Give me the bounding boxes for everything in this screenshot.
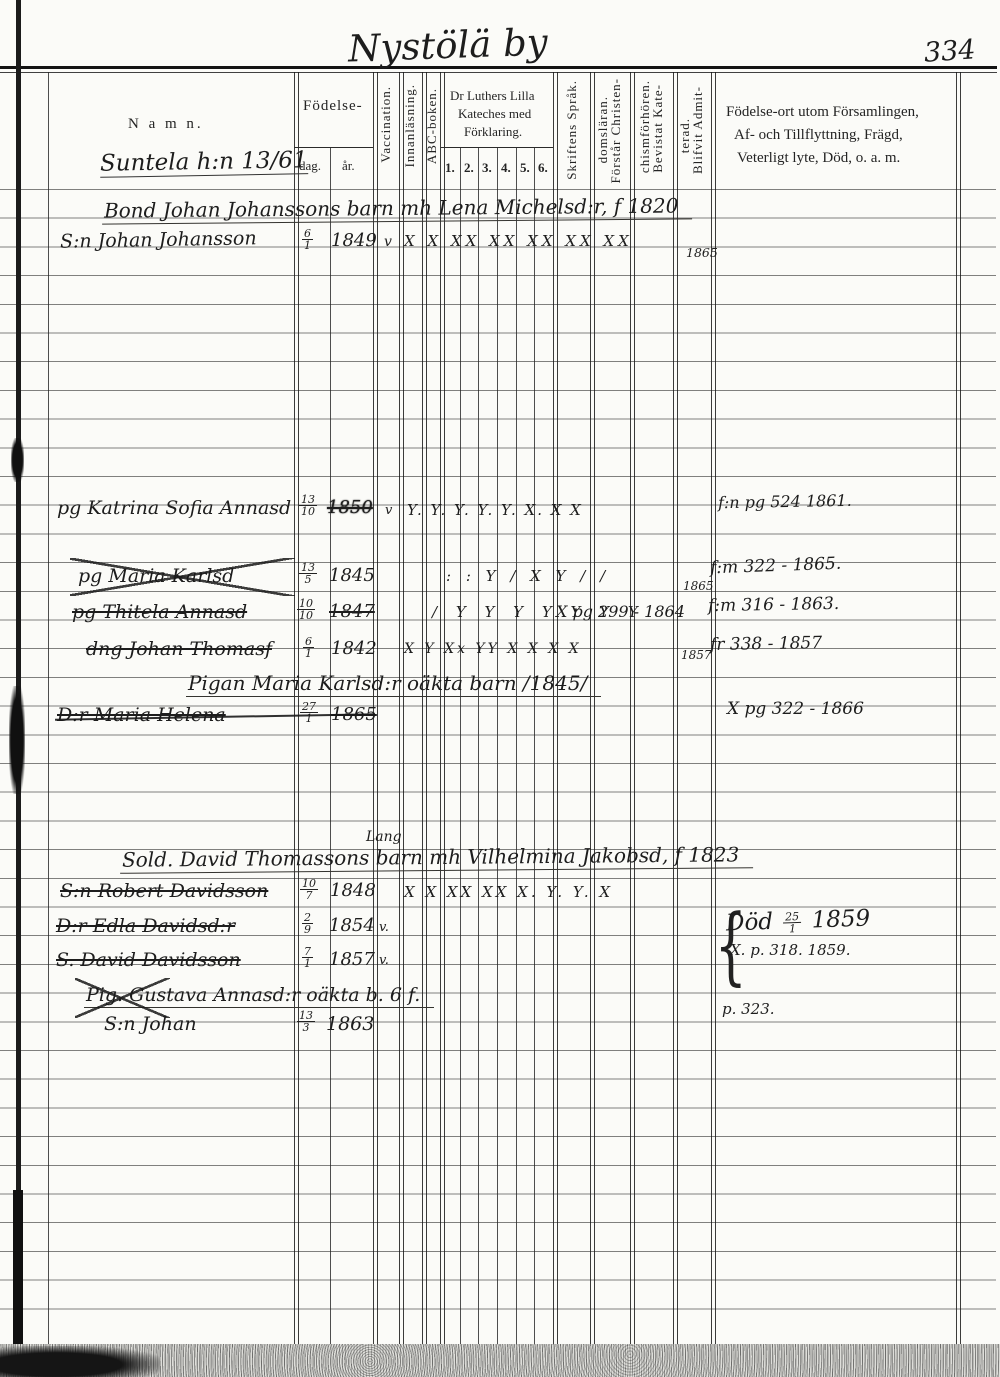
vaccination-mark: v [385, 503, 392, 518]
entry-name: S:n Johan [104, 1013, 197, 1035]
inline-note: X pg 299 - 1864 [556, 602, 685, 621]
page-title: Nystölä by [347, 21, 548, 71]
family-header-bond-johan: Bond Johan Johanssons barn mh Lena Miche… [102, 193, 693, 224]
header-innanlasning: Innanläsning. [402, 84, 418, 167]
header-forstar-line2: domsläran. [595, 96, 611, 163]
ink-blob [11, 438, 24, 482]
birth-date-fraction: 71 [302, 946, 313, 969]
col-divider-dag-ar [330, 148, 331, 1345]
entry-name: D:r Maria Helena [57, 704, 226, 726]
birth-date-fraction: 29 [302, 912, 313, 935]
table-left-border [48, 72, 49, 1345]
birth-year: 1850 [327, 497, 373, 518]
header-katekes-col-4: 4. [501, 160, 511, 176]
entry-name: S. David Davidsson [56, 949, 241, 971]
exam-marks: Y. Y. Y. Y. Y. X. X X [407, 501, 583, 519]
header-katekes-line1: Dr Luthers Lilla [450, 88, 534, 104]
birth-date-fraction: 1310 [299, 494, 317, 517]
col-divider-forstar [630, 72, 635, 1345]
birth-month: 5 [305, 574, 312, 585]
margin-note: X pg 322 - 1866 [727, 699, 864, 719]
birth-month: 1 [304, 958, 311, 969]
ruled-lines [0, 189, 996, 1311]
header-katekes-col-3: 3. [482, 160, 492, 176]
birth-month: 7 [306, 890, 313, 901]
katekes-subdivider-5 [534, 148, 535, 1345]
admitted-year: 1865 [686, 245, 718, 260]
family-header-sold-david: Sold. David Thomassons barn mh Vilhelmin… [120, 842, 753, 874]
header-fodelse: Födelse- [303, 98, 363, 115]
katekes-subdivider-2 [478, 148, 479, 1345]
header-ar: år. [342, 158, 355, 174]
header-katekes-line3: Förklaring. [464, 124, 522, 140]
death-date-fraction: 251 [783, 910, 802, 934]
page-number: 334 [923, 34, 977, 69]
death-note: Död 251 1859 [726, 905, 871, 936]
birth-date-fraction: 61 [302, 228, 313, 251]
top-rule-lower [0, 72, 997, 73]
exam-marks: X X XX XX X. Y. Y. X [404, 883, 613, 901]
scanned-church-record-page: Nystölä by 334 N a m n. Födelse- dag. år… [0, 0, 1000, 1377]
death-label: Död [726, 909, 774, 937]
header-bevistat-line2: chismförhören. [637, 80, 653, 173]
col-divider-sprak [590, 72, 595, 1345]
col-divider-katekes [553, 72, 558, 1345]
inserted-word: Lang [366, 829, 402, 845]
top-rule-upper [0, 66, 997, 69]
header-katekes-line2: Kateches med [458, 106, 531, 122]
col-divider-vaccination [399, 72, 404, 1345]
margin-note: fr 338 - 1857 [710, 633, 822, 655]
birth-year: 1845 [329, 565, 375, 586]
ink-blob [9, 686, 25, 794]
entry-name: S:n Robert Davidsson [60, 880, 268, 902]
entry-name: pg Thitela Annasd [72, 601, 247, 623]
birth-month: 10 [301, 506, 315, 517]
exam-marks: X Y Xx YY X X X X [404, 641, 582, 657]
katekes-subdivider-3 [497, 148, 498, 1345]
col-divider-abc [440, 72, 445, 1345]
entry-name: pg Katrina Sofia Annasd [57, 497, 291, 519]
birth-year: 1849 [331, 230, 377, 251]
birth-date-fraction: 135 [299, 562, 317, 585]
entry-name: D:r Edla Davidsd:r [56, 915, 235, 937]
header-namn: N a m n. [128, 116, 204, 133]
entry-name: S:n Johan Johansson [60, 227, 257, 252]
admitted-year: 1857 [681, 648, 712, 662]
col-divider-innanlasning [422, 72, 427, 1345]
header-skriftens-sprak: Skriftens Språk. [564, 80, 580, 180]
death-year: 1859 [811, 905, 870, 933]
birth-date-fraction: 107 [300, 878, 318, 901]
strike-cross [75, 978, 170, 1018]
col-divider-namn [294, 72, 299, 1345]
vaccination-mark: v. [379, 920, 389, 935]
birth-month: 10 [299, 610, 313, 621]
vaccination-mark: v. [379, 953, 389, 968]
birth-year: 1842 [331, 638, 377, 659]
birth-month: 1 [305, 648, 312, 659]
header-katekes-col-2: 2. [464, 160, 474, 176]
village-note: Suntela h:n 13/61 [100, 147, 308, 178]
birth-date-fraction: 61 [303, 636, 314, 659]
birth-year: 1857 [329, 949, 375, 970]
admitted-year: 1865 [683, 579, 714, 593]
header-katekes-col-6: 6. [538, 160, 548, 176]
birth-date-fraction: 133 [297, 1010, 315, 1033]
birth-year: 1847 [329, 601, 375, 622]
header-lastcol-line1: Födelse-ort utom Församlingen, [726, 104, 919, 121]
birth-month: 1 [304, 240, 311, 251]
table-right-border [956, 72, 961, 1345]
birth-date-fraction: 271 [300, 701, 318, 724]
exam-marks: : : Y / X Y / / [446, 567, 610, 585]
header-vaccination: Vaccination. [378, 86, 394, 163]
exam-marks: X X XX XX XX XX XX [404, 232, 633, 250]
header-katekes-col-1: 1. [445, 160, 455, 176]
margin-note: f:m 316 - 1863. [708, 594, 840, 616]
death-note-line2: X. p. 318. 1859. [730, 941, 850, 959]
header-lastcol-line3: Veterligt lyte, Död, o. a. m. [737, 150, 900, 167]
page-reference-note: p. 323. [722, 1000, 775, 1018]
birth-month: 3 [303, 1022, 310, 1033]
col-divider-bevistat [673, 72, 678, 1345]
vaccination-mark: v [384, 234, 392, 250]
strike-cross [70, 558, 295, 596]
death-day: 25 [783, 910, 801, 923]
birth-date-fraction: 1010 [297, 598, 315, 621]
margin-note: f:n pg 524 1861. [718, 491, 852, 512]
birth-year: 1854 [329, 915, 375, 936]
col-divider-blifvit [711, 72, 716, 1345]
katekes-subheader-line [441, 147, 553, 148]
birth-year: 1863 [326, 1013, 374, 1035]
death-month: 1 [789, 923, 796, 934]
katekes-subdivider-1 [460, 148, 461, 1345]
header-abc-boken: ABC-boken. [424, 88, 440, 164]
katekes-subdivider-4 [516, 148, 517, 1345]
header-blifvit-line2: terad. [677, 118, 693, 153]
birth-month: 9 [304, 924, 311, 935]
birth-year: 1848 [330, 880, 376, 901]
family-header-pigan-maria: Pigan Maria Karlsd:r oäkta barn /1845/ [186, 671, 601, 697]
header-katekes-col-5: 5. [520, 160, 530, 176]
header-lastcol-line2: Af- och Tillflyttning, Frägd, [734, 127, 903, 144]
ink-blob [0, 1346, 160, 1377]
entry-name: dng Johan Thomasf [86, 638, 272, 660]
